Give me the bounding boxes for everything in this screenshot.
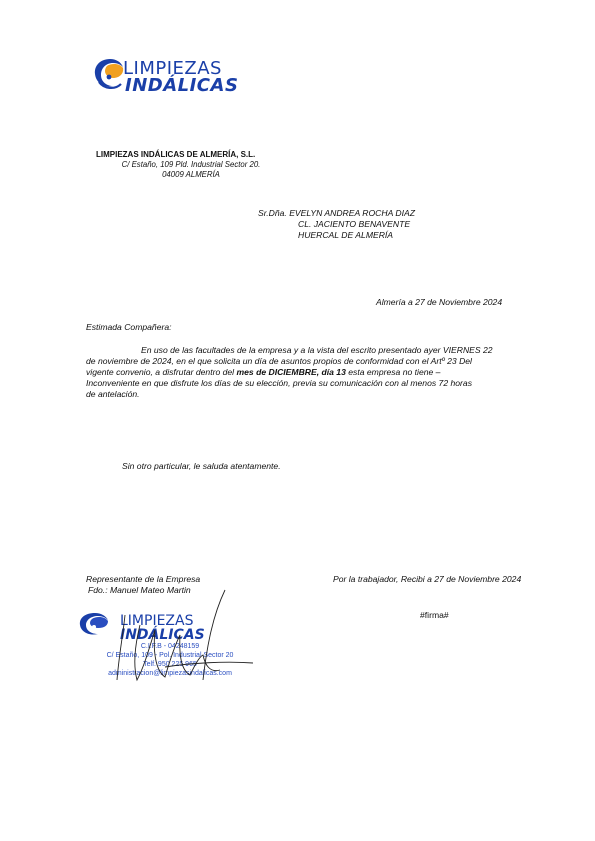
handwritten-signature — [95, 585, 255, 685]
worker-receipt-label: Por la trabajador, Recibi a 27 de Noviem… — [333, 574, 521, 585]
closing: Sin otro particular, le saluda atentamen… — [122, 461, 281, 472]
body-line3-pre: vigente convenio, a disfrutar dentro del — [86, 367, 236, 377]
sender-company: LIMPIEZAS INDÁLICAS DE ALMERÍA, S.L. — [96, 149, 296, 160]
sender-block: LIMPIEZAS INDÁLICAS DE ALMERÍA, S.L. C/ … — [96, 149, 296, 180]
logo-line2: INDÁLICAS — [125, 77, 238, 94]
body-line1: En uso de las facultades de la empresa y… — [86, 345, 516, 356]
date-line: Almería a 27 de Noviembre 2024 — [376, 297, 502, 308]
signature-placeholder: #firma# — [420, 610, 449, 621]
body-line3-post: esta empresa no tiene – — [346, 367, 441, 377]
company-logo: LIMPIEZAS INDÁLICAS — [93, 52, 243, 104]
body-line4: Inconveniente en que disfrute los días d… — [86, 378, 516, 389]
letter-body: En uso de las facultades de la empresa y… — [86, 345, 516, 400]
recipient-street: CL. JACIENTO BENAVENTE — [258, 219, 415, 230]
body-line5: de antelación. — [86, 389, 516, 400]
rep-label: Representante de la Empresa — [86, 574, 200, 585]
recipient-city: HUERCAL DE ALMERÍA — [258, 230, 415, 241]
logo-swoosh-icon — [93, 56, 127, 92]
recipient-name: Sr.Dña. EVELYN ANDREA ROCHA DIAZ — [258, 208, 415, 219]
body-line3: vigente convenio, a disfrutar dentro del… — [86, 367, 516, 378]
sender-address2: 04009 ALMERÍA — [86, 170, 296, 180]
recipient-block: Sr.Dña. EVELYN ANDREA ROCHA DIAZ CL. JAC… — [258, 208, 415, 241]
body-highlight: mes de DICIEMBRE, día 13 — [236, 367, 345, 377]
greeting: Estimada Compañera: — [86, 322, 172, 333]
sender-address1: C/ Estaño, 109 Pld. Industrial Sector 20… — [86, 160, 296, 170]
body-line2: de noviembre de 2024, en el que solicita… — [86, 356, 516, 367]
